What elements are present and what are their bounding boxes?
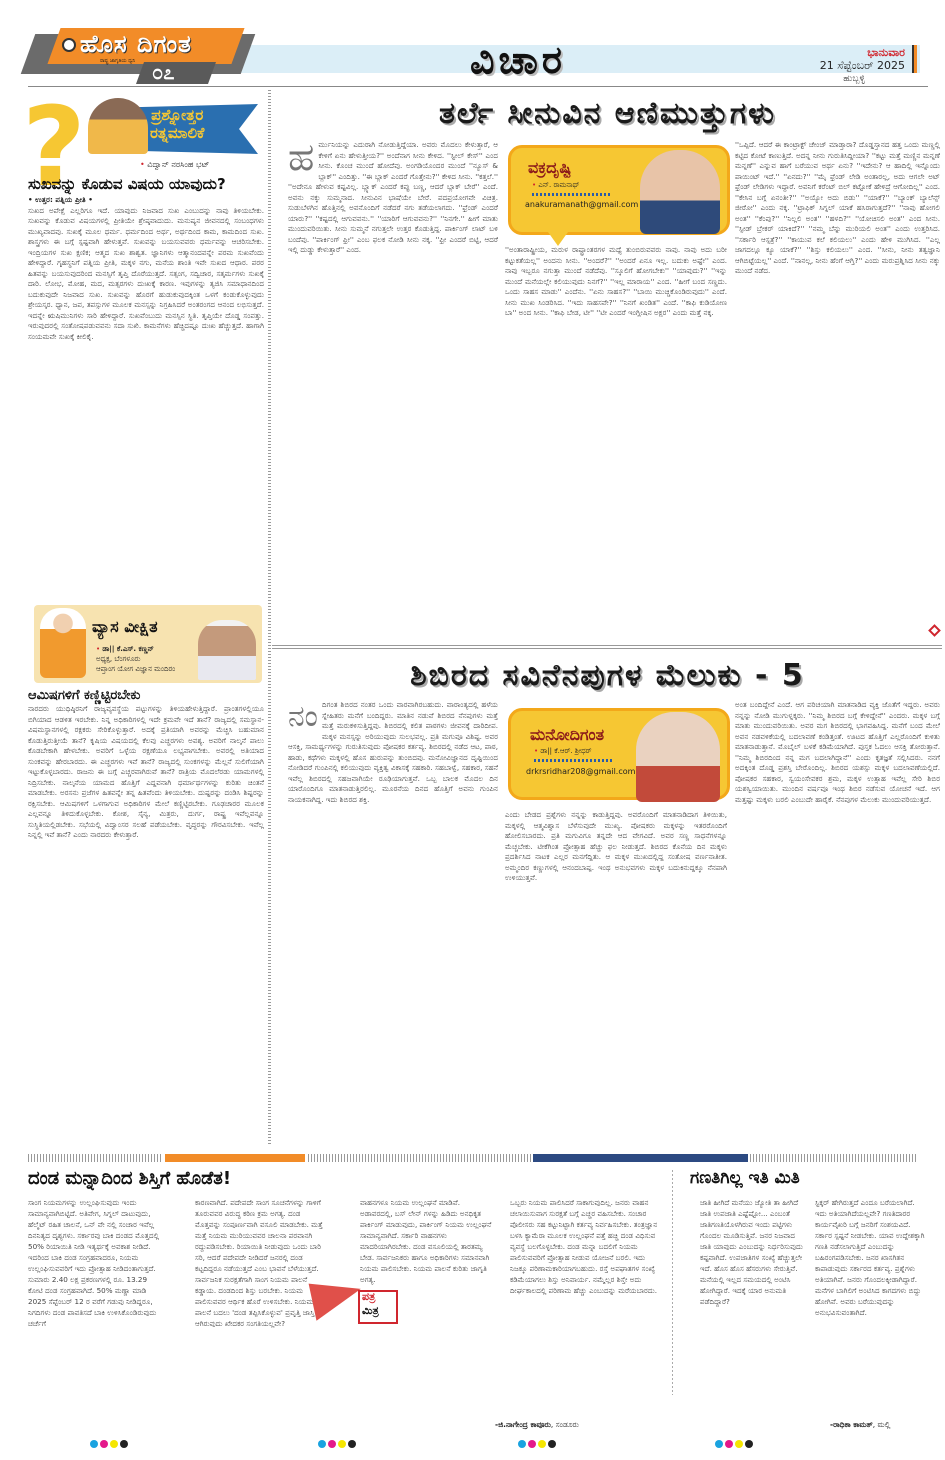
left-headline-2[interactable]: ಆಮಿಷಗಳಿಗೆ ಕಣ್ಣಿಟ್ಟಿರಬೇಕು bbox=[28, 688, 140, 703]
qa-author-name: ವಿದ್ವಾನ್ ನರಸಿಂಹ ಭಟ್ bbox=[147, 160, 209, 169]
letter-signature-place: , ಸಂಡೂರು bbox=[551, 1420, 579, 1429]
article-middle-text-1: ದಿಗಂತ ಶಿಬಿರದ ನಂತರ ಒಂದು ವಾರವಾಗಿರಬಹುದು. ವಾ… bbox=[288, 700, 498, 804]
magenta-dot-icon bbox=[100, 1440, 108, 1448]
cyan-dot-icon bbox=[90, 1440, 98, 1448]
qa-title-line1: ಪ್ರಶ್ನೋತ್ತರ bbox=[150, 106, 204, 124]
magenta-dot-icon bbox=[528, 1440, 536, 1448]
dropcap: ನಂ bbox=[288, 700, 318, 734]
yellow-dot-icon bbox=[110, 1440, 118, 1448]
vyasa-author-photo bbox=[198, 620, 256, 680]
census-column-1: ಜಾತಿ ಹೀಗಿದೆ ಮನೆಯು ಜ್ಯೋತಿ ತಾ ಹೀಗಿದೆ ಜಾತಿ … bbox=[700, 1197, 805, 1412]
magenta-dot-icon bbox=[328, 1440, 336, 1448]
cmyk-registration-mark bbox=[518, 1440, 556, 1448]
article-separator bbox=[272, 645, 942, 649]
separator-blue bbox=[533, 1154, 748, 1162]
cmyk-registration-mark bbox=[715, 1440, 753, 1448]
speech-bubble-tail bbox=[548, 232, 568, 246]
left-article-1-text: ಸುಖದ ಅಪೇಕ್ಷೆ ಎಲ್ಲರಿಗೂ ಇದೆ. ಯಾವುದು ನಿಜವಾದ… bbox=[28, 206, 264, 343]
masthead: ಹೊಸ ದಿಗಂತ ರಾಷ್ಟ್ರ ಜಾಗೃತಿಯ ಧ್ವನಿ ೦೭ ವಿಚಾರ… bbox=[0, 0, 945, 90]
separator-dashes bbox=[28, 1154, 163, 1162]
black-dot-icon bbox=[120, 1440, 128, 1448]
census-signature-place: , ಮಲ್ಲಿ bbox=[873, 1420, 891, 1429]
dropcap: ಹ bbox=[288, 140, 314, 174]
left-headline-1[interactable]: ಸುಖವನ್ನು ಕೊಡುವ ವಿಷಯ ಯಾವುದು? bbox=[28, 175, 226, 193]
left-article-2-body: ನಾರದರು ಯುಧಿಷ್ಠಿರನಿಗೆ ರಾಜ್ಯವ್ಯವಸ್ಥೆಯ ಪಟ್ಟ… bbox=[28, 704, 264, 1144]
newspaper-emblem-icon bbox=[62, 38, 76, 52]
columnist-name-2: • ಡಾ|| ಕೆ.ಆರ್. ಶ್ರೀಧರ್ bbox=[534, 747, 592, 756]
vyasa-designation-2: ಆಪ್ತಾಂಗ ಯೋಗ ವಿಜ್ಞಾನ ಮಂದಿರಂ bbox=[96, 664, 175, 674]
page-number-plate bbox=[136, 62, 216, 84]
article-middle-column-2: ಎಂದು ಬೇಡದ ಪ್ರಶ್ನೆಗಳು ನನ್ನನ್ನು ಕಾಡುತ್ತಿದ್… bbox=[505, 810, 727, 1140]
article-middle-column-1: ನಂದಿಗಂತ ಶಿಬಿರದ ನಂತರ ಒಂದು ವಾರವಾಗಿರಬಹುದು. … bbox=[288, 700, 498, 1140]
letter-column-4: ಒಬ್ಬರು ನಿಯಮ ಪಾಲಿಸಿದರೆ ಸಾಕಾಗುವುದಿಲ್ಲ. ಜನರ… bbox=[510, 1197, 660, 1377]
yellow-dot-icon bbox=[735, 1440, 743, 1448]
separator-orange bbox=[165, 1154, 305, 1162]
columnist-name-2-text: ಡಾ|| ಕೆ.ಆರ್. ಶ್ರೀಧರ್ bbox=[540, 747, 591, 755]
dotted-divider-2 bbox=[534, 759, 614, 762]
cyan-dot-icon bbox=[318, 1440, 326, 1448]
vyasa-feature-title: ವ್ಯಾಸ ವೀಕ್ಷಿತ bbox=[92, 617, 158, 637]
header-rule bbox=[28, 86, 928, 87]
header-accent-tick bbox=[912, 45, 917, 73]
separator-dashes bbox=[750, 1154, 918, 1162]
page-number: ೦೭ bbox=[152, 60, 174, 84]
cmyk-registration-mark bbox=[90, 1440, 128, 1448]
qa-byline: • ವಿದ್ವಾನ್ ನರಸಿಂಹ ಭಟ್ bbox=[140, 160, 209, 170]
column-name-2: ಮನೋದಿಗಂತ bbox=[530, 725, 604, 745]
cyan-dot-icon bbox=[518, 1440, 526, 1448]
article-top-text-1: ರ್ಮುನಿಯನ್ನು ಎದುರಾಗಿ ನೋಡುತ್ತಿದ್ದೆಯಾ. ಅವರು… bbox=[288, 140, 498, 254]
column-divider-bottom bbox=[672, 1170, 673, 1395]
yellow-dot-icon bbox=[538, 1440, 546, 1448]
census-column-2: ಸ್ಟಿಕ್ಕರ್ ಹೇಗಿರುತ್ತದೆ ಎಂದೂ ಬರೆಯಲಾಗಿದೆ. ಇ… bbox=[815, 1197, 925, 1412]
section-title: ವಿಚಾರ bbox=[470, 38, 566, 83]
separator-dashes bbox=[308, 1154, 534, 1162]
date: 21 ಸೆಪ್ಟೆಂಬರ್ 2025 bbox=[820, 59, 905, 72]
article-top-column-1: ಹರ್ಮುನಿಯನ್ನು ಎದುರಾಗಿ ನೋಡುತ್ತಿದ್ದೆಯಾ. ಅವರ… bbox=[288, 140, 498, 640]
patra-label: ಪತ್ರ bbox=[362, 1290, 379, 1304]
columnist-email-2[interactable]: drkrsridhar208@gmail.com bbox=[526, 767, 635, 776]
columnist-photo-2 bbox=[636, 712, 720, 802]
column-divider bbox=[268, 90, 271, 1145]
vyasa-designation-1: ಅಧ್ಯಕ್ಷ, ಬೆಂಗಳೂರು bbox=[96, 654, 175, 664]
columnist-name-text: ಎನ್. ರಾಮನಾಥ್ bbox=[538, 181, 579, 189]
mitra-label: ಮಿತ್ರ bbox=[362, 1304, 379, 1318]
vyasa-byline: • ಡಾ|| ಕೆ.ಎಸ್. ಕಣ್ಣನ್ ಅಧ್ಯಕ್ಷ, ಬೆಂಗಳೂರು … bbox=[96, 644, 175, 674]
census-signature-name: -ರಾಧಿಕಾ ಕಾಮತ್ bbox=[830, 1420, 873, 1429]
letters-headline[interactable]: ದಂಡ ಮನ್ನಾದಿಂದ ಶಿಸ್ತಿಗೆ ಹೊಡೆತ! bbox=[28, 1168, 231, 1189]
sage-illustration bbox=[40, 608, 86, 678]
census-headline[interactable]: ಗಣತಿಗಿಲ್ಲ ಇತಿ ಮಿತಿ bbox=[690, 1168, 800, 1188]
edition-location: ಹುಬ್ಬಳ್ಳಿ bbox=[843, 74, 865, 84]
letter-column-3b bbox=[360, 1328, 492, 1388]
vyasa-author: ಡಾ|| ಕೆ.ಎಸ್. ಕಣ್ಣನ್ bbox=[102, 645, 153, 653]
dotted-divider bbox=[532, 193, 612, 196]
weekday: ಭಾನುವಾರ bbox=[820, 46, 905, 59]
logo-tagline: ರಾಷ್ಟ್ರ ಜಾಗೃತಿಯ ಧ್ವನಿ bbox=[100, 58, 135, 64]
qa-title-line2: ರತ್ನಮಾಲಿಕೆ bbox=[150, 124, 204, 142]
date-block: ಭಾನುವಾರ 21 ಸೆಪ್ಟೆಂಬರ್ 2025 bbox=[820, 46, 905, 72]
letter-signature: -ಜಿ.ನಾಗೇಂದ್ರ ಕಾವೂರು, ಸಂಡೂರು bbox=[495, 1420, 579, 1430]
newspaper-logo[interactable]: ಹೊಸ ದಿಗಂತ bbox=[80, 30, 192, 58]
black-dot-icon bbox=[348, 1440, 356, 1448]
column-name: ವಕ್ರದೃಷ್ಟಿ bbox=[528, 158, 571, 178]
columnist-photo bbox=[640, 150, 720, 234]
left-article-1-lead: • ಉತ್ತರ: ಪತ್ನಿಯ ಪ್ರೀತಿ • bbox=[28, 195, 264, 206]
columnist-email[interactable]: anakuramanath@gmail.com bbox=[525, 200, 638, 209]
cmyk-registration-mark bbox=[318, 1440, 356, 1448]
qa-author-photo bbox=[88, 98, 148, 154]
black-dot-icon bbox=[745, 1440, 753, 1448]
cyan-dot-icon bbox=[715, 1440, 723, 1448]
black-dot-icon bbox=[548, 1440, 556, 1448]
letter-column-1: ಸಾಂಗ ನಿಯಮಗಳನ್ನು ಉಲ್ಲಂಘಿಸುವುದು ಇಂದು ಸಾಮಾನ… bbox=[28, 1197, 160, 1397]
header-band bbox=[230, 45, 920, 73]
qa-feature-title: ಪ್ರಶ್ನೋತ್ತರ ರತ್ನಮಾಲಿಕೆ bbox=[150, 106, 204, 142]
census-signature: -ರಾಧಿಕಾ ಕಾಮತ್, ಮಲ್ಲಿ bbox=[830, 1420, 890, 1430]
article-top-column-2: ''ಅಂತಾರಾಷ್ಟ್ರೀಯ, ಮರುಳ ರಾಷ್ಟ್ರಾಂತರಗಳ ಮಧ್ಯ… bbox=[505, 245, 727, 640]
left-article-1-body: • ಉತ್ತರ: ಪತ್ನಿಯ ಪ್ರೀತಿ • ಸುಖದ ಅಪೇಕ್ಷೆ ಎಲ… bbox=[28, 195, 264, 600]
magenta-dot-icon bbox=[725, 1440, 733, 1448]
letter-column-2: ಕಾರಣವಾಗಿದೆ. ಪದೇಪದೇ ಸಾಂಗ ಸೂಚನೆಗಳನ್ನು ಗಾಳಿ… bbox=[195, 1197, 327, 1397]
article-headline-top[interactable]: ತರ್ಲೆ ಸೀನುವಿನ ಆಣಿಮುತ್ತುಗಳು bbox=[270, 96, 945, 131]
article-middle-column-3: ಅಂತ ಬಂದಿದ್ದೇನೆ ಎಂದೆ. ಆಗ ಪರಿಚಯಾಗಿ ಮಾತನಾಡಿ… bbox=[735, 700, 940, 1140]
yellow-dot-icon bbox=[338, 1440, 346, 1448]
patra-mitra-label: ಪತ್ರ ಮಿತ್ರ bbox=[362, 1290, 379, 1318]
article-headline-middle[interactable]: ಶಿಬಿರದ ಸವಿನೆನಪುಗಳ ಮೆಲುಕು - 5 bbox=[270, 658, 945, 693]
columnist-name: • ಎನ್. ರಾಮನಾಥ್ bbox=[532, 181, 579, 190]
article-top-column-3: ''ಒಪ್ಪಿದೆ. ಆದರೆ ಈ ಕಾಂಟ್ರಾಕ್ಟ್ ಚೇಂಜ್ ಮಾಡ್… bbox=[735, 140, 940, 635]
letter-signature-name: -ಜಿ.ನಾಗೇಂದ್ರ ಕಾವೂರು bbox=[495, 1420, 551, 1429]
letter-column-3: ವಾಹನಗಳೂ ನಿಯಮ ಉಲ್ಲಂಘನೆ ಮಾಡಿವೆ. ಅಡಾವರದಲ್ಲಿ… bbox=[360, 1197, 492, 1282]
